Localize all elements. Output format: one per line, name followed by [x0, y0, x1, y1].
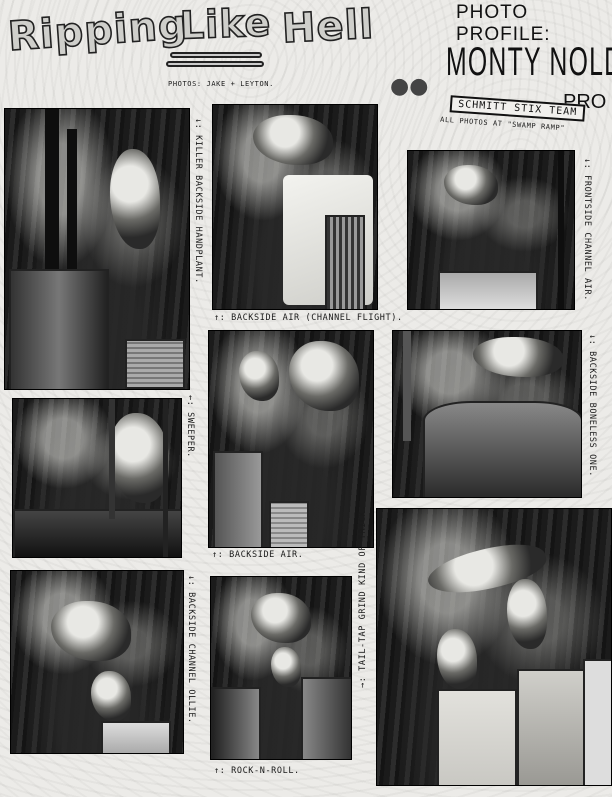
photo-killer-backside-handplant: [4, 108, 190, 390]
caption-photo-6: ↑: BACKSIDE AIR.: [212, 550, 303, 560]
photo-credit: PHOTOS: JAKE + LEYTON.: [168, 80, 274, 88]
skater-name: MONTY NOLDER: [446, 40, 612, 85]
title-underline: [170, 52, 262, 58]
title-word-ripping: Ripping: [7, 2, 189, 60]
caption-photo-8: ↑: ROCK-N-ROLL.: [214, 766, 300, 776]
caption-photo-3: ↓: FRONTSIDE CHANNEL AIR.: [582, 158, 592, 301]
photo-backside-boneless-one: [392, 330, 582, 498]
title-word-like: Like: [179, 0, 272, 47]
title-underline-2: [166, 61, 264, 67]
photo-backside-channel-ollie: [10, 570, 184, 754]
caption-photo-2: ↑: BACKSIDE AIR (CHANNEL FLIGHT).: [214, 313, 403, 323]
caption-photo-1: ↓: KILLER BACKSIDE HANDPLANT.: [193, 118, 203, 284]
photo-backside-air-channel-flight: [212, 104, 378, 310]
photo-tail-tap-grind: [376, 508, 612, 786]
caption-photo-9: →: TAIL-TAP GRIND KIND OF TRICK.: [358, 505, 368, 688]
caption-photo-7: ↓: BACKSIDE CHANNEL OLLIE.: [186, 575, 196, 724]
photo-frontside-channel-air: [407, 150, 575, 310]
caption-photo-5: ←: SWEEPER.: [185, 395, 195, 458]
caption-photo-4: ↓: BACKSIDE BONELESS ONE.: [587, 334, 597, 477]
title-word-hell: Hell: [281, 2, 375, 53]
photo-sweeper: [12, 398, 182, 558]
title-dots: ●●: [390, 74, 428, 99]
photo-rock-n-roll: [210, 576, 352, 760]
photo-backside-air: [208, 330, 374, 548]
